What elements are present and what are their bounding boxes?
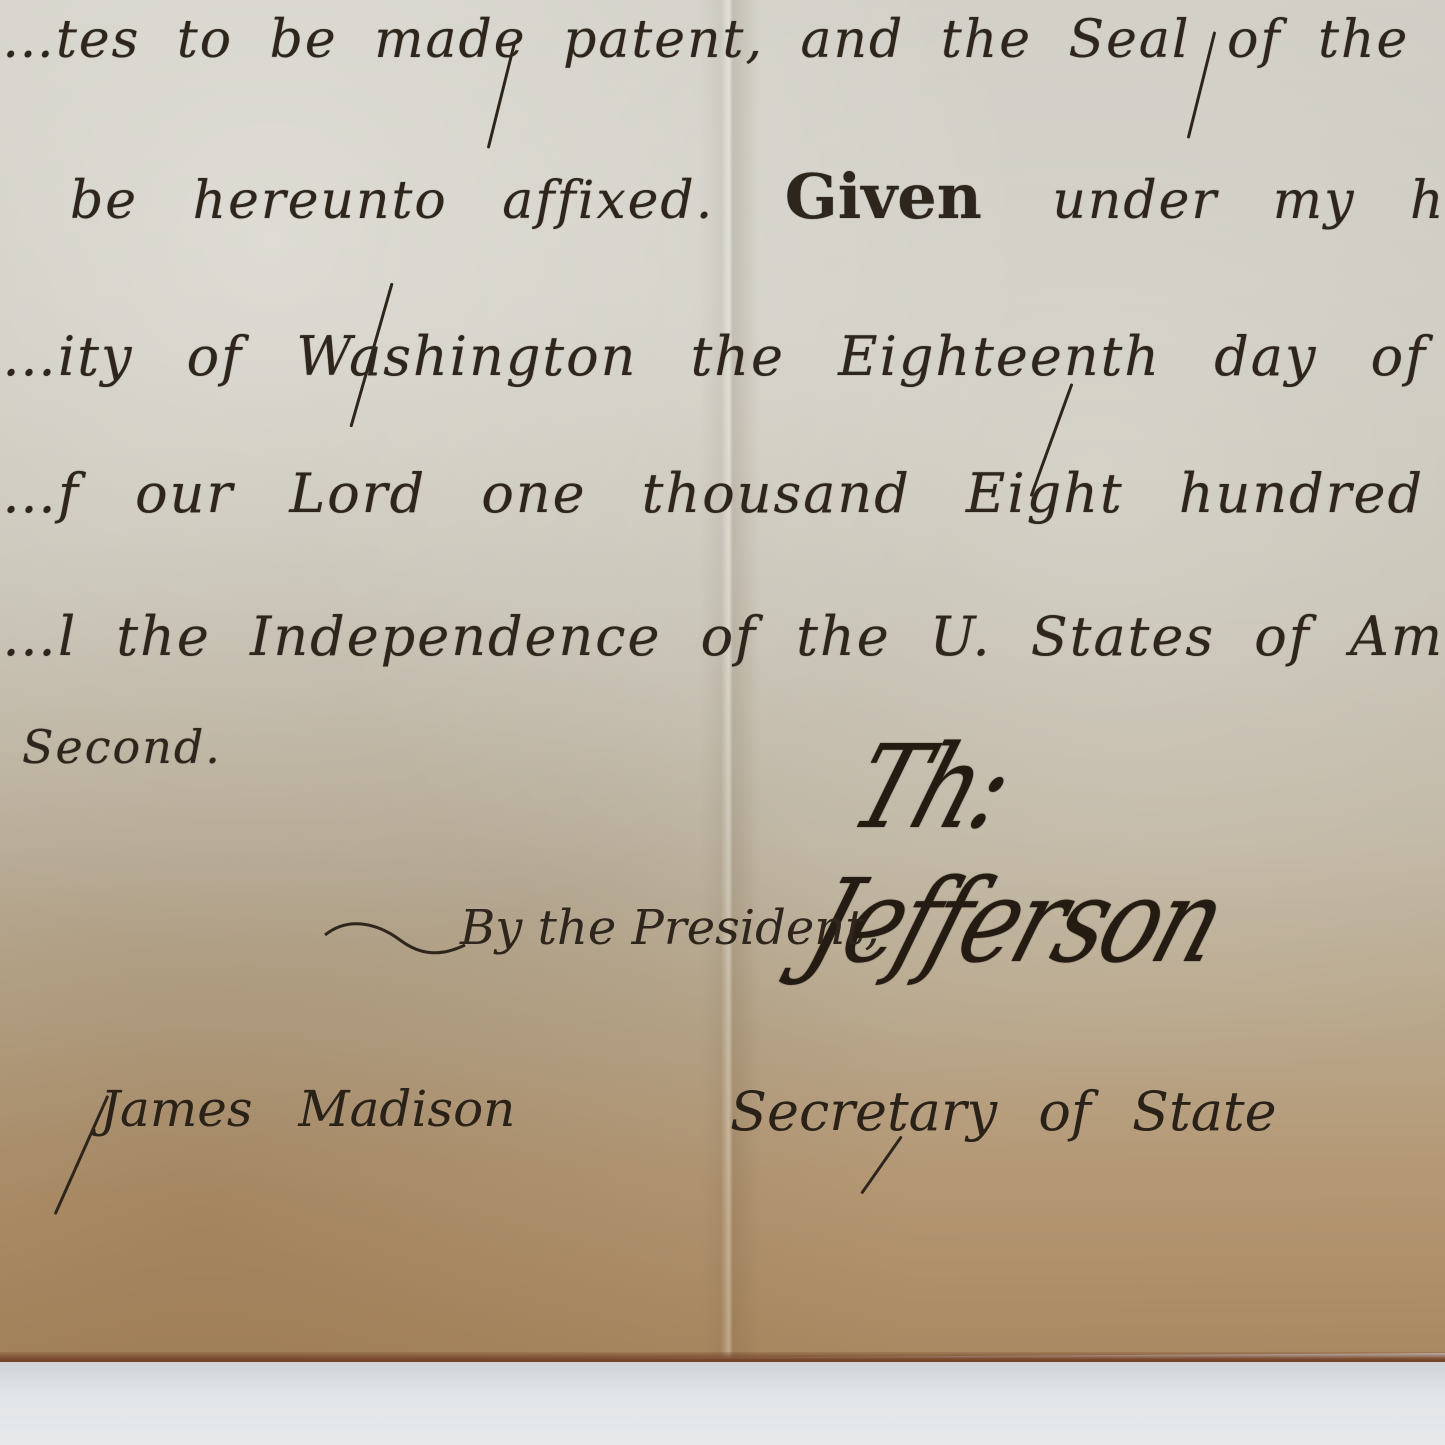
attestation-label: By the President,	[460, 900, 880, 956]
text-line-2-tail: under my h…	[1052, 171, 1445, 231]
secretary-of-state-title: Secretary of State	[730, 1080, 1277, 1143]
given-word: Given	[785, 160, 982, 233]
text-line-2: be hereunto affixed. Given under my h…	[70, 160, 1445, 233]
text-line-5: …l the Independence of the U. States of …	[2, 605, 1445, 668]
by-the-president-text: By the President,	[320, 900, 880, 956]
text-line-4: …f our Lord one thousand Eight hundred a…	[2, 462, 1445, 525]
text-line-1: …tes to be made patent, and the Seal of …	[2, 10, 1409, 70]
text-line-2-start: be hereunto affixed.	[70, 171, 714, 231]
jefferson-signature: Th: Jefferson	[793, 720, 1445, 989]
text-line-3: …ity of Washington the Eighteenth day of…	[2, 325, 1445, 388]
table-surface	[0, 1362, 1445, 1445]
document-photo: …tes to be made patent, and the Seal of …	[0, 0, 1445, 1445]
text-line-6: Second.	[22, 720, 222, 774]
madison-signature: James Madison	[100, 1080, 515, 1138]
